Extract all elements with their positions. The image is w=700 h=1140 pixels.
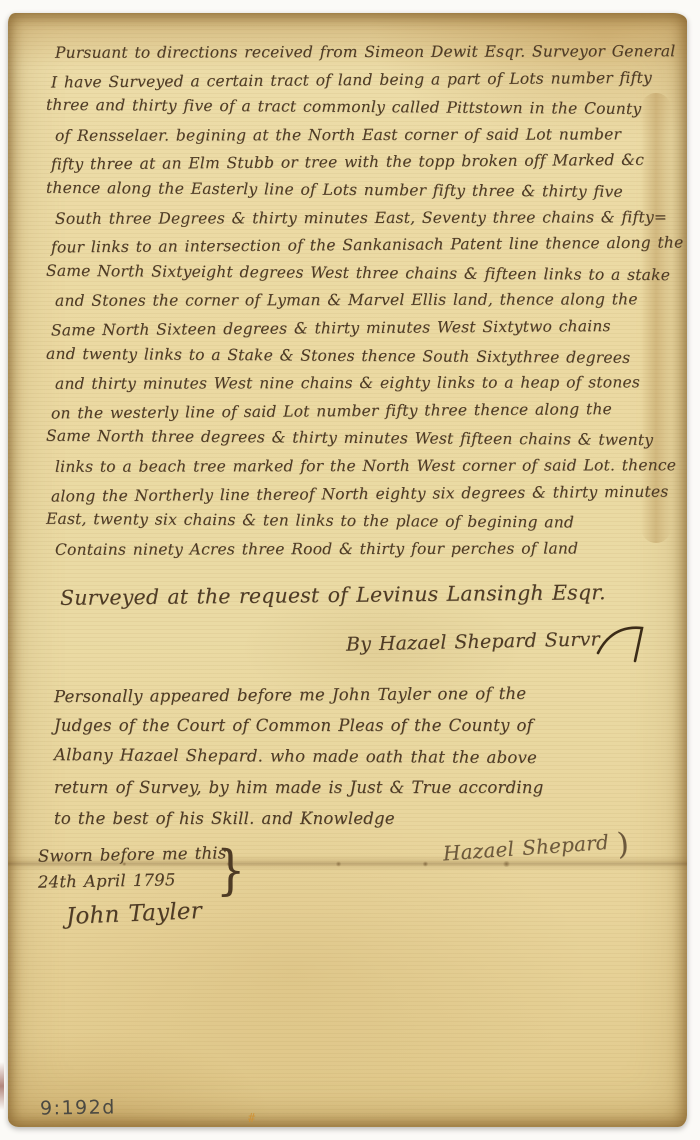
signature-flourish: ) — [616, 827, 630, 863]
survey-text-block: Pursuant to directions received from Sim… — [46, 43, 678, 567]
affidavit-text-line: return of Survey, by him made is Just & … — [54, 778, 664, 809]
survey-text-line: and Stones the corner of Lyman & Marvel … — [46, 291, 678, 320]
survey-text-line: Contains ninety Acres three Rood & thirt… — [46, 539, 678, 568]
surveyor-attribution: By Hazael Shepard Survr — [346, 628, 600, 655]
survey-text-line: thence along the Easterly line of Lots n… — [46, 179, 678, 211]
affidavit-text-block: Personally appeared before me John Tayle… — [54, 685, 664, 840]
pen-flourish-icon — [596, 621, 648, 669]
survey-text-line: links to a beach tree marked for the Nor… — [46, 456, 678, 485]
survey-text-line: and thirty minutes West nine chains & ei… — [46, 373, 678, 402]
survey-text-line: Pursuant to directions received from Sim… — [46, 42, 678, 71]
stamp-mark: # — [248, 1111, 255, 1125]
sworn-block: Sworn before me this 24th April 1795 } — [38, 845, 227, 897]
sworn-brace: } — [216, 839, 245, 901]
request-line: Surveyed at the request of Levinus Lansi… — [60, 580, 606, 610]
survey-text-line: of Rensselaer. begining at the North Eas… — [46, 125, 678, 154]
survey-text-line: Same North three degrees & thirty minute… — [46, 427, 678, 459]
survey-text-line: Same North Sixtyeight degrees West three… — [46, 262, 678, 294]
affidavit-text-line: Personally appeared before me John Tayle… — [54, 683, 664, 718]
judge-signature: John Tayler — [65, 898, 202, 930]
survey-text-line: Same North Sixteen degrees & thirty minu… — [46, 316, 678, 349]
paper-sheet: Pursuant to directions received from Sim… — [8, 13, 687, 1127]
scanned-document-page: { "colors": { "paper": "#eadaa4", "paper… — [0, 0, 700, 1140]
survey-text-line: South three Degrees & thirty minutes Eas… — [46, 208, 678, 237]
survey-text-line: three and thirty five of a tract commonl… — [46, 96, 678, 128]
sworn-line-2: 24th April 1795 — [38, 869, 227, 898]
survey-text-line: East, twenty six chains & ten links to t… — [46, 510, 678, 542]
affidavit-text-line: Albany Hazael Shepard. who made oath tha… — [54, 745, 664, 780]
scan-edge-notch — [0, 1062, 4, 1110]
archival-pencil-mark: 9:192d — [40, 1096, 116, 1119]
survey-text-line: four links to an intersection of the San… — [46, 234, 678, 267]
sworn-line-1: Sworn before me this — [38, 843, 227, 872]
survey-text-line: and twenty links to a Stake & Stones the… — [46, 344, 678, 376]
affidavit-text-line: Judges of the Court of Common Pleas of t… — [54, 716, 664, 747]
